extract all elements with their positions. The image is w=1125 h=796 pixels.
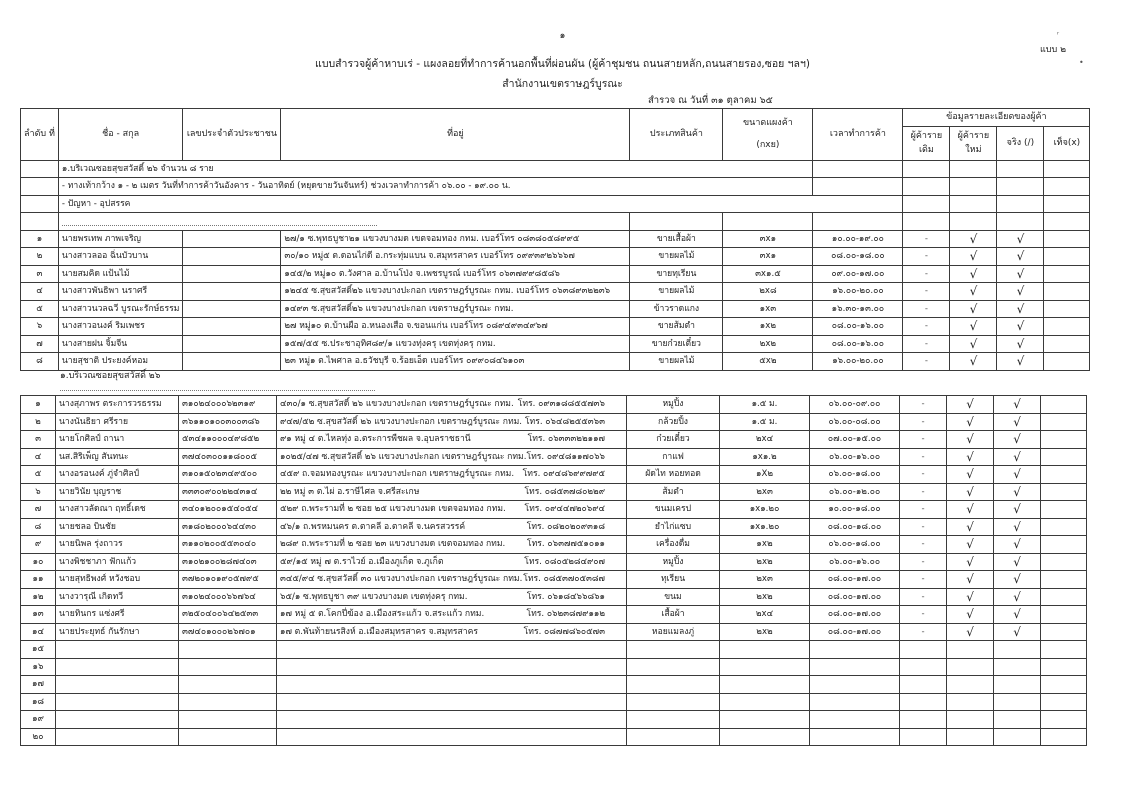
table-row: ๗ นางสายฝน จิ้มจีน ๑๕๗/๕๕ ซ.ประชาอุทิศ๘๙… [21, 335, 1090, 353]
address-text: ๑๐๒๕/๔๗ ซ.สุขสวัสดิ์ ๒๖ แขวงบางปะกอก เขต… [280, 449, 526, 465]
true-check: √ [994, 606, 1041, 624]
new-vendor-check: √ [950, 335, 997, 353]
vendor-name: นายชลอ บินชัย [56, 518, 179, 536]
id-number: ๓๗๔๐๓๐๐๑๑๘๐๐๕ [179, 448, 277, 466]
trading-hours: ๐๖.๐๐-๐๘.๐๐ [810, 413, 900, 431]
id-number [179, 641, 277, 659]
row-no: ๑๒ [21, 588, 56, 606]
vendor-table-section-1: ลำดับ ที่ ชื่อ - สกุล เลขประจำตัวประชาชน… [20, 108, 1090, 371]
phone-number: โทร. ๐๙๔๘๑๑๗๐๖๖ [526, 449, 623, 465]
col-header-existing-vendor: ผู้ค้าราย เดิม [903, 126, 950, 160]
true-check: √ [997, 335, 1044, 353]
id-number [179, 676, 277, 694]
table-row: ๑ นางสุภาพร ตระการวรธรรม ๓๑๐๒๔๐๐๐๖๒๓๑๙ ๔… [21, 396, 1087, 414]
product-type: ขายผลไม้ [630, 353, 723, 371]
stall-size [720, 711, 810, 729]
trading-hours: ๑๖.๐๐-๒๐.๐๐ [813, 353, 903, 371]
false-check [1041, 518, 1087, 536]
id-number: ๓๔๐๑๒๐๐๑๕๔๐๕๔ [179, 501, 277, 519]
new-vendor-check [947, 658, 994, 676]
section-notes-row [21, 213, 1090, 231]
new-vendor-check: √ [947, 431, 994, 449]
new-vendor-check: √ [947, 553, 994, 571]
address-text: ๒๘๙ ถ.พระรามที่ ๒ ซอย ๒๓ แขวงบางมด เขตจอ… [280, 536, 505, 552]
product-type: ขนมเครป [627, 501, 720, 519]
vendor-name [56, 676, 179, 694]
address: ๑๕๗/๕๕ ซ.ประชาอุทิศ๘๙/๑ แขวงทุ่งครุ เขตท… [281, 335, 630, 353]
vendor-name: นางอรอนงค์ ภู่จำศิลป์ [56, 466, 179, 484]
id-number: ๓๑๐๒๑๐๐๒๘๗๔๐๓ [179, 553, 277, 571]
id-number [183, 265, 281, 283]
new-vendor-check: √ [950, 300, 997, 318]
address-text: ๓๔๕/๙๔ ซ.สุขสวัสดิ์ ๓๐ แขวงบางปะกอก เขตร… [280, 571, 522, 587]
row-no: ๒๐ [21, 728, 56, 746]
vendor-name: นส.สิริเพ็ญ สันทนะ [56, 448, 179, 466]
address: ๑๗ ต.พันท้ายนรสิงห์ อ.เมืองสมุทรสาคร จ.ส… [277, 623, 627, 641]
section-1-title: ๑.บริเวณซอยสุขสวัสดิ์ ๒๖ จำนวน ๘ ราย [58, 160, 812, 178]
true-check: √ [994, 483, 1041, 501]
address-text: ๙๑ หมู่ ๔ ต.ไหลทุ่ง อ.ตระการพืชผล จ.อุบล… [280, 431, 471, 447]
product-type: เครื่องดื่ม [627, 536, 720, 554]
true-check: √ [997, 353, 1044, 371]
id-number [179, 693, 277, 711]
product-type: ทุเรียน [627, 571, 720, 589]
table-row: ๑๑ นายสุทธิพงศ์ หวังชอบ ๓๗๒๐๑๐๑๙๐๕๗๙๕ ๓๔… [21, 571, 1087, 589]
true-check: √ [997, 265, 1044, 283]
address: ๑๐๒๕/๔๗ ซ.สุขสวัสดิ์ ๒๖ แขวงบางปะกอก เขต… [277, 448, 627, 466]
vendor-name: นายสมคิด แป้นไม้ [58, 265, 182, 283]
new-vendor-check: √ [947, 536, 994, 554]
false-check [1041, 501, 1087, 519]
existing-vendor: - [900, 553, 947, 571]
table-row: ๑๕ [21, 641, 1087, 659]
vendor-name: นางสาวนวลฉวี บูรณะรักษ์ธรรม [58, 300, 182, 318]
address-text: ๑๗ ต.พันท้ายนรสิงห์ อ.เมืองสมุทรสาคร จ.ส… [280, 624, 478, 640]
stall-size [720, 728, 810, 746]
row-no: ๑ [21, 230, 59, 248]
vendor-name [56, 728, 179, 746]
false-check [1041, 658, 1087, 676]
stall-size: ๒x๒ [720, 623, 810, 641]
trading-hours: ๐๗.๐๐-๑๕.๐๐ [810, 431, 900, 449]
vendor-table-section-2: ๑ นางสุภาพร ตระการวรธรรม ๓๑๐๒๔๐๐๐๖๒๓๑๙ ๔… [20, 395, 1087, 746]
vendor-name: นางวารุณี เกิดทวี [56, 588, 179, 606]
product-type: ขายผลไม้ [630, 283, 723, 301]
col-header-address: ที่อยู่ [281, 109, 630, 161]
table-row: ๒๐ [21, 728, 1087, 746]
stall-size [720, 693, 810, 711]
address-text: ๖๕/๑ ซ.พุทธบูชา ๓๙ แขวงบางมด เขตทุ่งครุ … [280, 589, 467, 605]
false-check [1041, 641, 1087, 659]
trading-hours [810, 693, 900, 711]
table-row: ๑๘ [21, 693, 1087, 711]
new-vendor-check: √ [950, 248, 997, 266]
true-check: √ [994, 413, 1041, 431]
address [277, 658, 627, 676]
table-row: ๒ นางนันธิยา ศรีราย ๓๖๑๑๐๑๐๐๓๐๐๓๘๖ ๙๔๗/๕… [21, 413, 1087, 431]
true-check: √ [994, 553, 1041, 571]
vendor-name [56, 641, 179, 659]
trading-hours: ๐๙.๐๐-๑๗.๐๐ [813, 265, 903, 283]
new-vendor-check: √ [947, 606, 994, 624]
vendor-name: นางสายฝน จิ้มจีน [58, 335, 182, 353]
table-row: ๑๖ [21, 658, 1087, 676]
row-no: ๗ [21, 335, 59, 353]
id-number [183, 230, 281, 248]
existing-vendor: - [903, 248, 950, 266]
trading-hours: ๑๐.๐๐-๑๙.๐๐ [813, 230, 903, 248]
stall-size: ๑x๑.๒ [720, 448, 810, 466]
row-no: ๑๘ [21, 693, 56, 711]
trading-hours: ๐๘.๐๐-๑๖.๐๐ [813, 335, 903, 353]
address [277, 641, 627, 659]
true-check: √ [997, 300, 1044, 318]
new-vendor-check [947, 693, 994, 711]
stall-size: ๒x๔ [720, 606, 810, 624]
address: ๕๒๙ ถ.พระรามที่ ๒ ซอย ๒๕ แขวงบางมด เขตจอ… [277, 501, 627, 519]
vendor-name: นายนิพล รุ่งถาวร [56, 536, 179, 554]
new-vendor-check: √ [950, 353, 997, 371]
stall-size: ๒x๓ [720, 571, 810, 589]
product-type: ขายเสื้อผ้า [630, 230, 723, 248]
vendor-name: นางสุภาพร ตระการวรธรรม [56, 396, 179, 414]
col-header-id-number: เลขประจำตัวประชาชน [183, 109, 281, 161]
row-no: ๑๑ [21, 571, 56, 589]
existing-vendor: - [900, 518, 947, 536]
table-row: ๑๐ นางพิชชาภา ฟักแก้ว ๓๑๐๒๑๐๐๒๘๗๔๐๓ ๕๙/๑… [21, 553, 1087, 571]
address-text: ๔๓๐/๑ ซ.สุขสวัสดิ์ ๒๖ แขวงบางปะกอก เขตรา… [280, 396, 514, 412]
true-check: √ [994, 588, 1041, 606]
id-number: ๓๖๑๑๐๑๐๐๓๐๐๓๘๖ [179, 413, 277, 431]
false-check [1041, 588, 1087, 606]
address [277, 676, 627, 694]
table-row: ๘ นายสุชาติ ประยงค์หอม ๒๓ หมู่๑ ต.ไพศาล … [21, 353, 1090, 371]
document-title: แบบสำรวจผู้ค้าหาบเร่ - แผงลอยที่ทำการค้า… [0, 55, 1125, 72]
new-vendor-check: √ [947, 588, 994, 606]
address: ๒๘๙ ถ.พระรามที่ ๒ ซอย ๒๓ แขวงบางมด เขตจอ… [277, 536, 627, 554]
trading-hours [810, 676, 900, 694]
table-row: ๖ นางสาวอนงค์ ริมเพชร ๒๗ หมู่๑๐ ต.บ้านผื… [21, 318, 1090, 336]
true-check [994, 693, 1041, 711]
row-no: ๑๐ [21, 553, 56, 571]
row-no: ๘ [21, 353, 59, 371]
notes-dotted-line [60, 389, 375, 391]
address-text: ๒๒ หมู่ ๓ ต.ไผ่ อ.ราษีไศล จ.ศรีสะเกษ [280, 484, 419, 500]
new-vendor-check: √ [947, 571, 994, 589]
new-vendor-check [947, 711, 994, 729]
false-check [1041, 571, 1087, 589]
false-check [1041, 728, 1087, 746]
existing-vendor: - [900, 466, 947, 484]
survey-date: สำรวจ ณ วันที่ ๓๑ ตุลาคม ๖๕ [648, 93, 773, 108]
stall-size: ๒x๒ [723, 335, 813, 353]
product-type: เสื้อผ้า [627, 606, 720, 624]
row-no: ๖ [21, 483, 56, 501]
id-number: ๓๑๐๒๔๐๐๐๖๖๗๖๔ [179, 588, 277, 606]
existing-vendor: - [903, 353, 950, 371]
address [277, 711, 627, 729]
vendor-name: นางสาวพันธิพา นราศรี [58, 283, 182, 301]
address: ๔๓๐/๑ ซ.สุขสวัสดิ์ ๒๖ แขวงบางปะกอก เขตรา… [277, 396, 627, 414]
trading-hours [810, 658, 900, 676]
stall-size [720, 641, 810, 659]
phone-number: โทร. ๐๘๐๕๒๘๔๙๐๗ [524, 554, 623, 570]
existing-vendor [900, 711, 947, 729]
product-type: ขายทุเรียน [630, 265, 723, 283]
new-vendor-check: √ [950, 265, 997, 283]
vendor-name [56, 693, 179, 711]
id-number: ๓๑๑๐๒๐๐๕๕๓๐๔๐ [179, 536, 277, 554]
vendor-name: นายทินกร แซ่งศรี [56, 606, 179, 624]
phone-number: โทร. ๐๘๒๐๒๐๙๓๑๘ [527, 519, 623, 535]
address: ๑๗ หมู่ ๕ ต.โคกปี่ฆ้อง อ.เมืองสระแก้ว จ.… [277, 606, 627, 624]
table-row: ๑ นายพรเทพ ภาพเจริญ ๒๗/๑ ซ.พุทธบูชา๒๑ แข… [21, 230, 1090, 248]
id-number [183, 300, 281, 318]
vendor-name: นางสาวลัดณา ฤทธิ์เดช [56, 501, 179, 519]
table-row: ๑๒ นางวารุณี เกิดทวี ๓๑๐๒๔๐๐๐๖๖๗๖๔ ๖๕/๑ … [21, 588, 1087, 606]
row-no: ๔ [21, 283, 59, 301]
row-no: ๔ [21, 448, 56, 466]
id-number: ๓๑๐๑๕๐๒๓๔๙๕๐๐ [179, 466, 277, 484]
false-check [1041, 693, 1087, 711]
product-type [627, 693, 720, 711]
true-check [994, 728, 1041, 746]
existing-vendor: - [903, 335, 950, 353]
false-check [1044, 283, 1090, 301]
false-check [1044, 318, 1090, 336]
stall-size: ๒x๘ [723, 283, 813, 301]
true-check [994, 641, 1041, 659]
id-number [179, 658, 277, 676]
col-header-product-type: ประเภทสินค้า [630, 109, 723, 161]
phone-number: โทร. ๐๘๕๓๗๐๕๓๘๗ [523, 571, 623, 587]
table-row: ๕ นางสาวนวลฉวี บูรณะรักษ์ธรรม ๑๔๙๓ ซ.สุข… [21, 300, 1090, 318]
product-type: กาแฟ [627, 448, 720, 466]
table-row: ๗ นางสาวลัดณา ฤทธิ์เดช ๓๔๐๑๒๐๐๑๕๔๐๕๔ ๕๒๙… [21, 501, 1087, 519]
trading-hours: ๐๖.๐๐-๐๙.๐๐ [810, 396, 900, 414]
vendor-name: นายพรเทพ ภาพเจริญ [58, 230, 182, 248]
product-type: ขายก๋วยเตี๋ยว [630, 335, 723, 353]
existing-vendor: - [900, 571, 947, 589]
id-number [179, 728, 277, 746]
id-number: ๓๒๕๐๔๐๐๖๔๒๕๓๓ [179, 606, 277, 624]
phone-number: โทร. ๐๖๓๗๗๕๑๐๑๑ [527, 536, 623, 552]
address [277, 693, 627, 711]
notes-dotted-line [58, 213, 629, 231]
row-no: ๖ [21, 318, 59, 336]
id-number: ๓๑๘๐๒๐๐๐๖๔๔๓๐ [179, 518, 277, 536]
stall-size: ๓x๑ [723, 248, 813, 266]
table-row: ๒ นางสาวลออ ฉิ่นบัวบาน ๓๐/๑๐ หมู่๕ ต.ดอน… [21, 248, 1090, 266]
product-type [627, 658, 720, 676]
id-number [183, 248, 281, 266]
row-no: ๘ [21, 518, 56, 536]
address: ๒๓ หมู่๑ ต.ไพศาล อ.ธวัชบุรี จ.ร้อยเอ็ด เ… [281, 353, 630, 371]
address: ๑๔๕/๒ หมู่๑๐ ต.วังศาล อ.บ้านโป่ง จ.เพชรบ… [281, 265, 630, 283]
row-no: ๓ [21, 431, 56, 449]
vendor-name: นายวินัย บุญราช [56, 483, 179, 501]
existing-vendor: - [900, 606, 947, 624]
false-check [1041, 553, 1087, 571]
stall-size: ๑x๑.๒๐ [720, 501, 810, 519]
trading-hours: ๐๘.๐๐-๑๗.๐๐ [810, 588, 900, 606]
new-vendor-check: √ [947, 413, 994, 431]
stall-size-label: ขนาดแผงค้า [743, 118, 793, 128]
trading-hours [810, 711, 900, 729]
phone-number: โทร. ๐๙๔๔๗๒๐๖๙๔ [524, 501, 623, 517]
trading-hours: ๐๖.๐๐-๑๖.๐๐ [810, 553, 900, 571]
document-subtitle: สำนักงานเขตราษฎร์บูรณะ [0, 75, 1125, 92]
product-type [627, 676, 720, 694]
false-check [1044, 265, 1090, 283]
table-row: ๑๔ นายประยุทธ์ กันรักษา ๓๗๔๐๑๐๐๐๒๖๗๐๑ ๑๗… [21, 623, 1087, 641]
false-check [1044, 353, 1090, 371]
product-type: ผัดไท หอยทอด [627, 466, 720, 484]
true-check: √ [994, 536, 1041, 554]
col-header-name: ชื่อ - สกุล [58, 109, 182, 161]
table-row: ๑๙ [21, 711, 1087, 729]
stall-size: ๒x๒ [720, 553, 810, 571]
true-check: √ [994, 623, 1041, 641]
product-type: ก๋วยเตี๋ยว [627, 431, 720, 449]
false-check [1041, 431, 1087, 449]
existing-vendor [900, 676, 947, 694]
existing-vendor: - [900, 413, 947, 431]
vendor-name: นายโกศิลป์ ถานา [56, 431, 179, 449]
false-check [1044, 300, 1090, 318]
new-vendor-check [947, 728, 994, 746]
trading-hours: ๑๖.๐๐-๒๐.๐๐ [813, 283, 903, 301]
phone-number: โทร. ๐๙๓๑๘๘๕๕๗๓๖ [518, 396, 623, 412]
phone-number: โทร. ๐๖๑๘๔๖๖๘๖๑ [527, 589, 623, 605]
trading-hours [810, 728, 900, 746]
existing-vendor: - [900, 448, 947, 466]
false-check [1044, 230, 1090, 248]
false-check [1041, 483, 1087, 501]
id-number [179, 711, 277, 729]
trading-hours: ๐๖.๐๐-๑๒.๐๐ [810, 483, 900, 501]
new-vendor-check: √ [947, 518, 994, 536]
stall-size: ๒x๓ [720, 483, 810, 501]
section-1-problems: - ปัญหา - อุปสรรค [58, 195, 902, 213]
id-number: ๓๓๓๐๙๐๐๒๒๔๓๑๔ [179, 483, 277, 501]
trading-hours: ๐๘.๐๐-๑๘.๐๐ [813, 248, 903, 266]
address: ๙๑ หมู่ ๔ ต.ไหลทุ่ง อ.ตระการพืชผล จ.อุบล… [277, 431, 627, 449]
row-no: ๑ [21, 396, 56, 414]
table-row: ๓ นายสมคิด แป้นไม้ ๑๔๕/๒ หมู่๑๐ ต.วังศาล… [21, 265, 1090, 283]
existing-vendor: - [900, 536, 947, 554]
true-check: √ [994, 396, 1041, 414]
trading-hours: ๐๘.๐๐-๑๗.๐๐ [810, 571, 900, 589]
false-check [1041, 448, 1087, 466]
existing-vendor [900, 658, 947, 676]
phone-number: โทร. ๐๖๔๘๒๕๕๓๖๓ [525, 414, 623, 430]
phone-number: โทร. ๐๙๔๘๖๙๙๗๙๕ [523, 466, 623, 482]
table-row: ๕ นางอรอนงค์ ภู่จำศิลป์ ๓๑๐๑๕๐๒๓๔๙๕๐๐ ๔๕… [21, 466, 1087, 484]
col-header-trading-hours: เวลาทำการค้า [813, 109, 903, 161]
product-type: กล้วยปิ้ง [627, 413, 720, 431]
new-vendor-check [947, 676, 994, 694]
new-vendor-check: √ [947, 623, 994, 641]
col-header-stall-size: ขนาดแผงค้า (กxย) [723, 109, 813, 161]
trading-hours: ๐๖.๐๐-๑๖.๐๐ [810, 448, 900, 466]
address-text: ๕๙/๑๕ หมู่ ๗ ต.ราไวย์ อ.เมืองภูเก็ต จ.ภู… [280, 554, 443, 570]
existing-vendor: - [903, 318, 950, 336]
true-check: √ [994, 466, 1041, 484]
address: ๖๕/๑ ซ.พุทธบูชา ๓๙ แขวงบางมด เขตทุ่งครุ … [277, 588, 627, 606]
address-text: ๙๔๗/๕๒ ซ.สุขสวัสดิ์ ๒๖ แขวงบางปะกอก เขตร… [280, 414, 522, 430]
true-check: √ [994, 431, 1041, 449]
id-number [183, 318, 281, 336]
address: ๑๔๙๓ ซ.สุขสวัสดิ์๒๖ แขวงบางปะกอก เขตราษฎ… [281, 300, 630, 318]
table-row: ๙ นายนิพล รุ่งถาวร ๓๑๑๐๒๐๐๕๕๓๐๔๐ ๒๘๙ ถ.พ… [21, 536, 1087, 554]
vendor-name: นายสุทธิพงศ์ หวังชอบ [56, 571, 179, 589]
new-vendor-check: √ [950, 230, 997, 248]
address-text: ๔๕๙ ถ.จอมทองบูรณะ แขวงบางปะกอก เขตราษฎร์… [280, 466, 514, 482]
stall-size: ๒x๒ [720, 588, 810, 606]
address: ๔๖/๑ ถ.พรหมนคร ต.ตาคลี อ.ตาคลี จ.นครสวรร… [277, 518, 627, 536]
trading-hours [810, 641, 900, 659]
address: ๒๒ หมู่ ๓ ต.ไผ่ อ.ราษีไศล จ.ศรีสะเกษโทร.… [277, 483, 627, 501]
trading-hours: ๐๘.๐๐-๑๗.๐๐ [810, 623, 900, 641]
true-check [994, 711, 1041, 729]
new-vendor-check [947, 641, 994, 659]
existing-vendor: - [900, 501, 947, 519]
true-check: √ [994, 448, 1041, 466]
row-no: ๕ [21, 300, 59, 318]
table-row: ๔ นส.สิริเพ็ญ สันทนะ ๓๗๔๐๓๐๐๑๑๘๐๐๕ ๑๐๒๕/… [21, 448, 1087, 466]
row-no: ๕ [21, 466, 56, 484]
stall-size-unit: (กxย) [756, 140, 779, 150]
new-vendor-check: √ [947, 483, 994, 501]
new-vendor-check: √ [947, 396, 994, 414]
false-check [1041, 623, 1087, 641]
row-no: ๙ [21, 536, 56, 554]
row-no: ๑๓ [21, 606, 56, 624]
vendor-name [56, 711, 179, 729]
col-header-true: จริง (/) [997, 126, 1044, 160]
table-row: ๘ นายชลอ บินชัย ๓๑๘๐๒๐๐๐๖๔๔๓๐ ๔๖/๑ ถ.พรห… [21, 518, 1087, 536]
vendor-name: นายประยุทธ์ กันรักษา [56, 623, 179, 641]
id-number: ๓๗๒๐๑๐๑๙๐๕๗๙๕ [179, 571, 277, 589]
existing-vendor: - [900, 623, 947, 641]
address [277, 728, 627, 746]
existing-vendor: - [900, 431, 947, 449]
row-no: ๓ [21, 265, 59, 283]
product-type [627, 641, 720, 659]
row-no: ๑๗ [21, 676, 56, 694]
product-type: หอยแมลงภู่ [627, 623, 720, 641]
product-type: ขายส้มตำ [630, 318, 723, 336]
existing-vendor [900, 693, 947, 711]
address: ๒๗ หมู่๑๐ ต.บ้านผือ อ.หนองเสือ จ.ขอนแก่น… [281, 318, 630, 336]
stall-size: ๓x๑ [723, 230, 813, 248]
trading-hours: ๐๖.๐๐-๑๘.๐๐ [810, 536, 900, 554]
id-number: ๓๑๐๒๔๐๐๐๖๒๓๑๙ [179, 396, 277, 414]
phone-number: โทร. ๐๖๒๓๘๗๙๑๑๒ [526, 606, 623, 622]
section-1-condition: - ทางเท้ากว้าง ๑ - ๒ เมตร วันที่ทำการค้า… [58, 178, 812, 196]
existing-vendor: - [900, 396, 947, 414]
stall-size: ๑x๑.๒๐ [720, 518, 810, 536]
true-check: √ [994, 571, 1041, 589]
id-number [183, 283, 281, 301]
id-number [183, 353, 281, 371]
trading-hours: ๑๐.๐๐-๑๘.๐๐ [810, 501, 900, 519]
true-check [994, 658, 1041, 676]
address: ๒๗/๑ ซ.พุทธบูชา๒๑ แขวงบางมด เขตจอมทอง กท… [281, 230, 630, 248]
section-condition-row: - ทางเท้ากว้าง ๑ - ๒ เมตร วันที่ทำการค้า… [21, 178, 1090, 196]
stall-size: ๑x๒ [720, 536, 810, 554]
